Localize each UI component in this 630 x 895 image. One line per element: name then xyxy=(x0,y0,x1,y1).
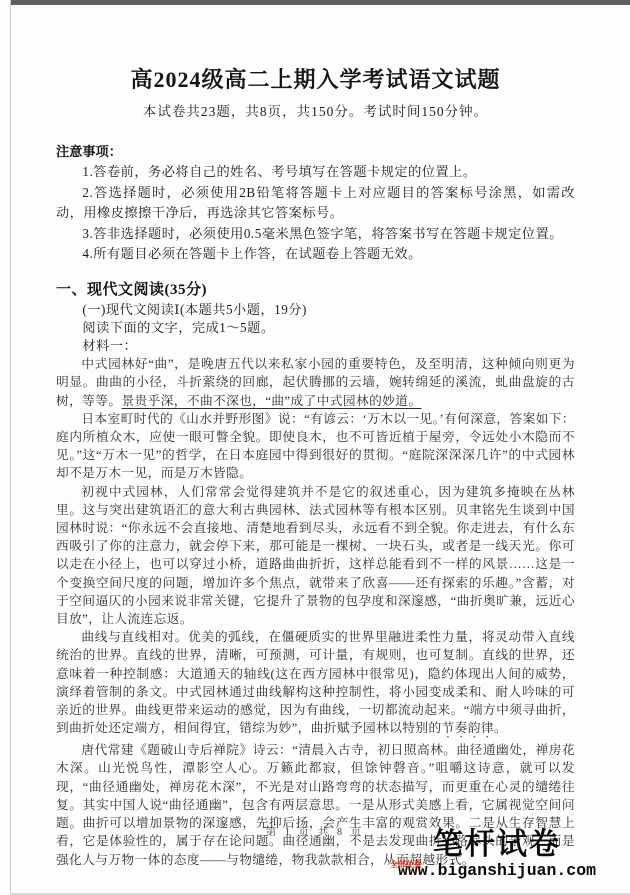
notice-item-4: 4.所有题目必须在答题卡上作答，在试题卷上答题无效。 xyxy=(56,244,575,264)
notice-heading: 注意事项： xyxy=(56,142,575,162)
material-paragraph-2: 日本室町时代的《山水并野形图》说：“有谚云：‘万木以一见。’有何深意，答案如下：… xyxy=(56,410,575,483)
material-paragraph-3: 初视中式园林，人们常常会觉得建筑并不是它的叙述重心，因为建筑多掩映在丛林里。这与… xyxy=(56,483,575,629)
dot-emphasized-phrase: 节奏韵律 xyxy=(442,721,494,735)
exam-paper-page: 高2024级高二上期入学考试语文试题 本试卷共23题，共8页，共150分。考试时… xyxy=(0,0,630,895)
watermark-url-row: 全部免费 www.biganshijuan.com xyxy=(392,861,602,881)
section-subheading: (一)现代文阅读Ⅰ(本题共5小题，19分) xyxy=(56,301,575,319)
material-label: 材料一： xyxy=(56,337,575,355)
scan-edge-left xyxy=(10,0,11,895)
section-instruction: 阅读下面的文字，完成1～5题。 xyxy=(56,319,575,337)
watermark: 笔杆试卷 全部免费 www.biganshijuan.com xyxy=(392,830,602,881)
underlined-sentence: 景贵乎深，不曲不深也，“曲”成了中式园林的妙道。 xyxy=(121,394,421,408)
material-paragraph-1: 中式园林好“曲”，是晚唐五代以来私家小园的重要特色，及至明清，这种倾向则更为明显… xyxy=(56,355,575,410)
paragraph-text: 。 xyxy=(494,721,507,735)
notice-item-3: 3.答非选择题时，必须使用0.5毫米黑色签字笔，将答案书写在答题卡规定位置。 xyxy=(56,224,575,244)
material-paragraph-4: 曲线与直线相对。优美的弧线，在僵硬质实的世界里融进柔性力量，将灵动带入直线统治的… xyxy=(56,628,575,741)
notice-block: 注意事项： 1.答卷前，务必将自己的姓名、考号填写在答题卡规定的位置上。 2.答… xyxy=(56,142,575,264)
page-subtitle: 本试卷共23题，共8页，共150分。考试时间150分钟。 xyxy=(56,100,575,120)
watermark-url: www.biganshijuan.com xyxy=(392,861,602,881)
section-heading: 一、现代文阅读(35分) xyxy=(56,279,575,301)
material-text: 中式园林好“曲”，是晚唐五代以来私家小园的重要特色，及至明清，这种倾向则更为明显… xyxy=(56,355,575,868)
notice-item-1: 1.答卷前，务必将自己的姓名、考号填写在答题卡规定的位置上。 xyxy=(56,162,575,182)
notice-item-2: 2.答选择题时，必须使用2B铅笔将答题卡上对应题目的答案标号涂黑，如需改动，用橡… xyxy=(56,183,575,224)
document-body: 高2024级高二上期入学考试语文试题 本试卷共23题，共8页，共150分。考试时… xyxy=(56,0,575,869)
watermark-brand: 笔杆试卷 xyxy=(392,830,602,860)
paragraph-text: 曲线与直线相对。优美的弧线，在僵硬质实的世界里融进柔性力量，将灵动带入直线统治的… xyxy=(56,630,575,735)
watermark-free-tag: 全部免费 xyxy=(390,859,422,870)
page-title: 高2024级高二上期入学考试语文试题 xyxy=(56,66,575,94)
